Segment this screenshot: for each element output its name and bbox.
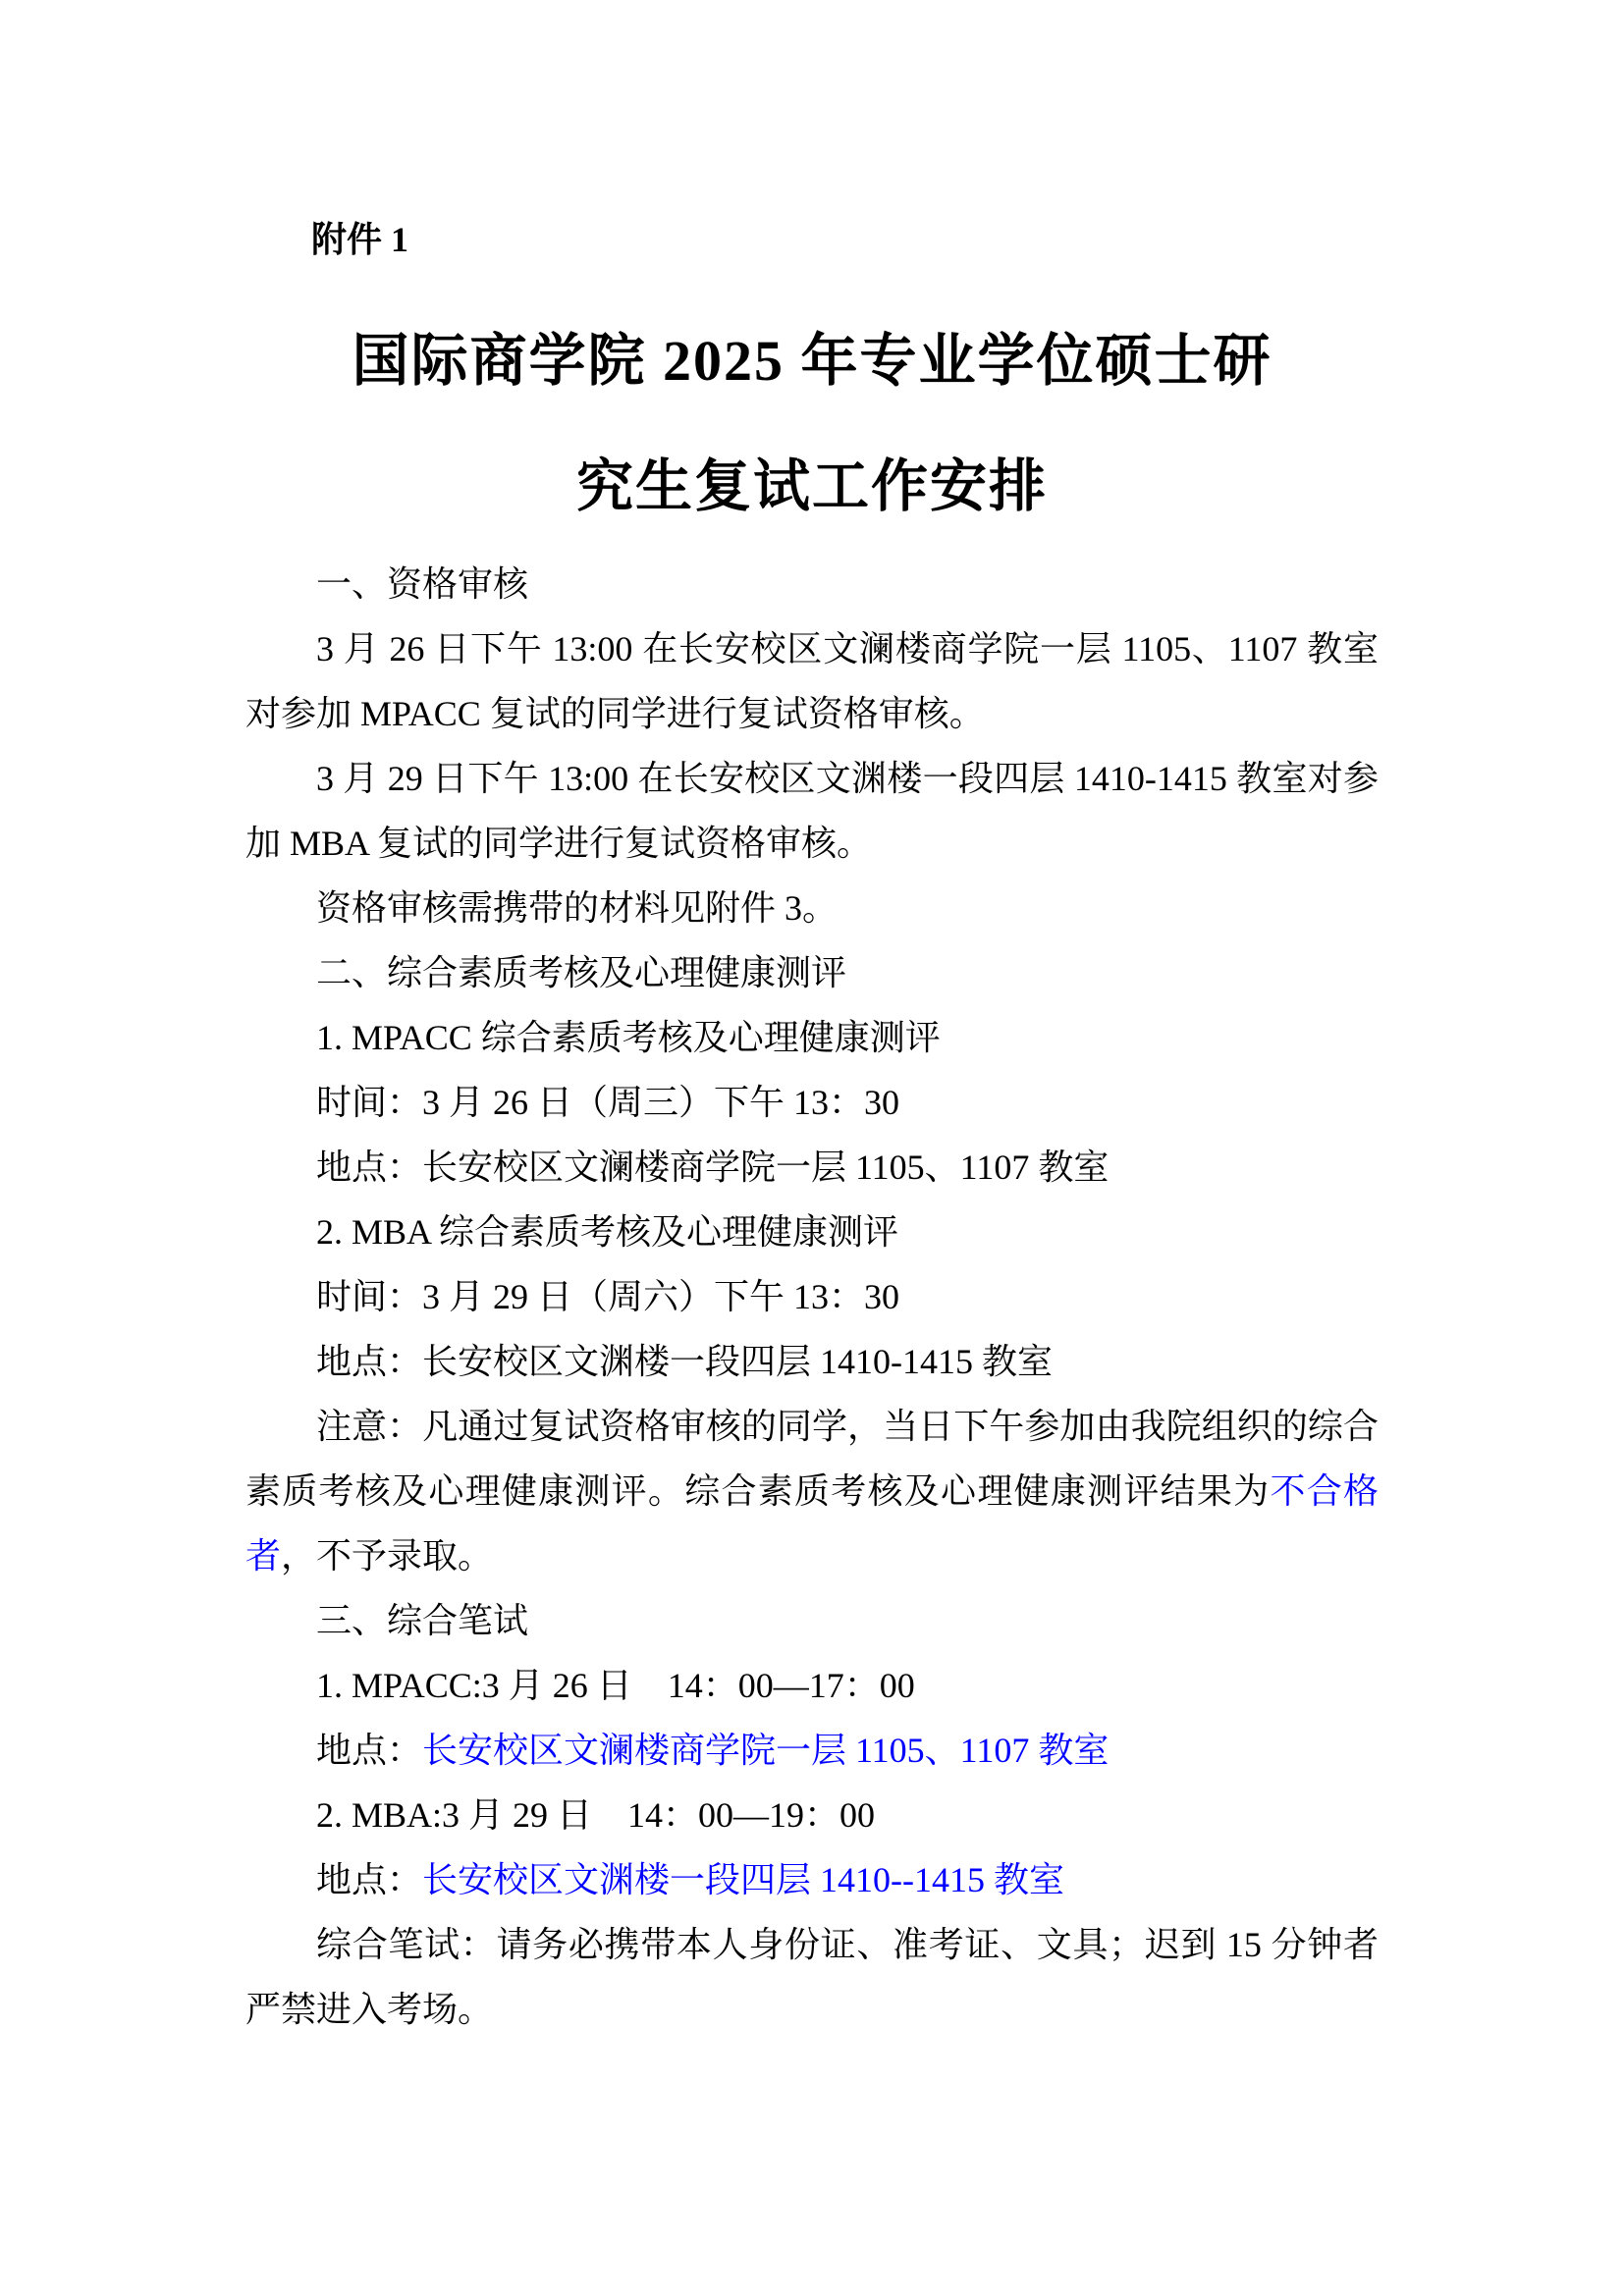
text-segment: 地点： [316, 1731, 422, 1770]
text-segment: 综合笔试：请务必携带本人身份证、准考证、文具；迟到 15 分钟者严禁进入考场。 [245, 1925, 1379, 2029]
paragraph-mba-exam-place: 地点：长安校区文渊楼一段四层 1410--1415 教室 [245, 1847, 1379, 1912]
text-segment: 3 月 29 日下午 13:00 在长安校区文渊楼一段四层 1410-1415 … [245, 759, 1379, 863]
text-segment: 三、综合笔试 [316, 1601, 528, 1640]
section-heading-quality-assessment: 二、综合素质考核及心理健康测评 [245, 940, 1379, 1005]
document-title: 国际商学院 2025 年专业学位硕士研 究生复试工作安排 [245, 298, 1379, 550]
paragraph-mpacc-assessment-place: 地点：长安校区文澜楼商学院一层 1105、1107 教室 [245, 1135, 1379, 1200]
paragraph-materials-note: 资格审核需携带的材料见附件 3。 [245, 876, 1379, 940]
text-segment: 资格审核需携带的材料见附件 3。 [316, 888, 838, 928]
paragraph-mpacc-review-time: 3 月 26 日下午 13:00 在长安校区文澜楼商学院一层 1105、1107… [245, 616, 1379, 746]
text-segment: 时间：3 月 29 日（周六）下午 13：30 [316, 1277, 899, 1316]
paragraph-mba-assessment-place: 地点：长安校区文渊楼一段四层 1410-1415 教室 [245, 1329, 1379, 1394]
text-segment: 时间：3 月 26 日（周三）下午 13：30 [316, 1083, 899, 1122]
attachment-label: 附件 1 [311, 218, 1379, 261]
text-segment: 3 月 26 日下午 13:00 在长安校区文澜楼商学院一层 1105、1107… [245, 629, 1379, 733]
document-body: 一、资格审核3 月 26 日下午 13:00 在长安校区文澜楼商学院一层 110… [245, 552, 1379, 2042]
document-content: 附件 1 国际商学院 2025 年专业学位硕士研 究生复试工作安排 一、资格审核… [245, 218, 1379, 2042]
highlighted-text: 长安校区文渊楼一段四层 1410--1415 教室 [422, 1860, 1064, 1899]
highlighted-text: 长安校区文澜楼商学院一层 1105、1107 教室 [422, 1731, 1109, 1770]
text-segment: 2. MBA 综合素质考核及心理健康测评 [316, 1212, 898, 1252]
text-segment: 地点： [316, 1860, 422, 1899]
text-segment: 1. MPACC:3 月 26 日 14：00—17：00 [316, 1666, 915, 1705]
text-segment: 一、资格审核 [316, 564, 528, 604]
paragraph-mpacc-assessment-time: 时间：3 月 26 日（周三）下午 13：30 [245, 1070, 1379, 1135]
text-segment: 二、综合素质考核及心理健康测评 [316, 953, 846, 992]
section-heading-written-exam: 三、综合笔试 [245, 1588, 1379, 1653]
paragraph-mpacc-assessment-title: 1. MPACC 综合素质考核及心理健康测评 [245, 1005, 1379, 1070]
text-segment: 2. MBA:3 月 29 日 14：00—19：00 [316, 1795, 875, 1835]
document-title-line-2: 究生复试工作安排 [245, 424, 1379, 550]
text-segment: 注意：凡通过复试资格审核的同学，当日下午参加由我院组织的综合素质考核及心理健康测… [245, 1407, 1379, 1511]
text-segment: 地点：长安校区文澜楼商学院一层 1105、1107 教室 [316, 1148, 1109, 1187]
paragraph-mba-review-time: 3 月 29 日下午 13:00 在长安校区文渊楼一段四层 1410-1415 … [245, 746, 1379, 876]
paragraph-mpacc-exam-time: 1. MPACC:3 月 26 日 14：00—17：00 [245, 1653, 1379, 1718]
paragraph-exam-requirements: 综合笔试：请务必携带本人身份证、准考证、文具；迟到 15 分钟者严禁进入考场。 [245, 1912, 1379, 2042]
document-page: 附件 1 国际商学院 2025 年专业学位硕士研 究生复试工作安排 一、资格审核… [0, 0, 1624, 2296]
document-title-line-1: 国际商学院 2025 年专业学位硕士研 [245, 298, 1379, 424]
section-heading-qualification-review: 一、资格审核 [245, 552, 1379, 616]
paragraph-mba-assessment-time: 时间：3 月 29 日（周六）下午 13：30 [245, 1264, 1379, 1329]
paragraph-mpacc-exam-place: 地点：长安校区文澜楼商学院一层 1105、1107 教室 [245, 1718, 1379, 1783]
paragraph-assessment-notice: 注意：凡通过复试资格审核的同学，当日下午参加由我院组织的综合素质考核及心理健康测… [245, 1394, 1379, 1588]
text-segment: 地点：长安校区文渊楼一段四层 1410-1415 教室 [316, 1342, 1053, 1381]
paragraph-mba-exam-time: 2. MBA:3 月 29 日 14：00—19：00 [245, 1783, 1379, 1847]
paragraph-mba-assessment-title: 2. MBA 综合素质考核及心理健康测评 [245, 1200, 1379, 1264]
text-segment: 1. MPACC 综合素质考核及心理健康测评 [316, 1018, 941, 1057]
text-segment: ，不予录取。 [281, 1536, 493, 1575]
